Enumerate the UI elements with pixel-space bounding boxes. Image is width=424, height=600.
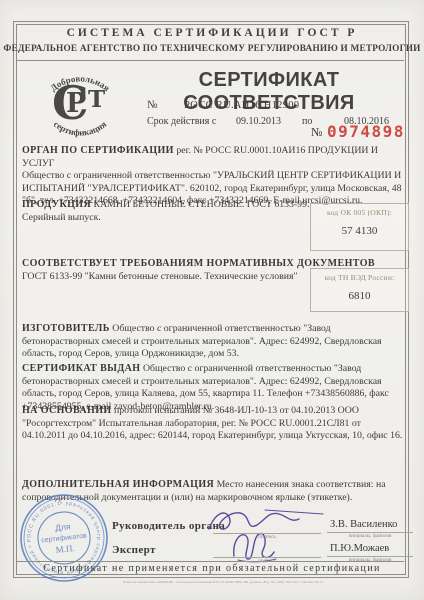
header-divider [17, 60, 404, 61]
okp-code-value: 57 4130 [311, 225, 408, 237]
blank-number-red: 0974898 [327, 122, 405, 141]
stamp-line1: Для [55, 521, 72, 533]
certification-body-label: ОРГАН ПО СЕРТИФИКАЦИИ [22, 145, 174, 156]
certificate-page: СИСТЕМА СЕРТИФИКАЦИИ ГОСТ Р ФЕДЕРАЛЬНОЕ … [0, 0, 424, 600]
expert-name-line [327, 556, 413, 557]
blank-number-sign: № [311, 125, 322, 140]
logo-letter-r: Р [66, 88, 86, 119]
valid-from-date: 09.10.2013 [236, 116, 281, 127]
logo-letter-t: Т [88, 86, 105, 113]
production-label: ПРОДУКЦИЯ [22, 199, 91, 210]
conformity-text: ГОСТ 6133-99 "Камни бетонные стеновые. Т… [22, 271, 314, 284]
tnved-code-value: 6810 [311, 290, 408, 302]
okp-code-box: код ОК 005 (ОКП): 57 4130 [310, 203, 409, 251]
production-serial: Серийный выпуск. [22, 212, 314, 225]
tnved-code-label: код ТН ВЭД России: [311, 273, 408, 282]
stamp-line2: сертификатов [41, 533, 87, 545]
blank-imprint: Бланк изготовлен ЗАО «ОПЦИОН», www.opcio… [123, 580, 301, 584]
production-name: КАМНИ БЕТОННЫЕ СТЕНОВЫЕ. ГОСТ 6133-99. [94, 199, 310, 210]
basis-label: НА ОСНОВАНИИ [22, 405, 112, 416]
expert-role: Эксперт [112, 544, 156, 556]
section-manufacturer: ИЗГОТОВИТЕЛЬ Общество с ограниченной отв… [22, 323, 406, 361]
expert-signature-line [213, 557, 321, 558]
production-heading: ПРОДУКЦИЯ КАМНИ БЕТОННЫЕ СТЕНОВЫЕ. ГОСТ … [22, 199, 314, 212]
cert-number-sign: № [147, 99, 158, 111]
certification-body-heading: ОРГАН ПО СЕРТИФИКАЦИИ рег. № РОСС RU.000… [22, 145, 406, 170]
head-name-line [327, 532, 413, 533]
issued-to-label: СЕРТИФИКАТ ВЫДАН [22, 363, 140, 374]
rst-voluntary-certification-logo: Добровольная сертификация С Р Т [28, 63, 132, 141]
head-name: З.В. Василенко [330, 519, 397, 530]
section-basis: НА ОСНОВАНИИ протокол испытаний № 3648-И… [22, 405, 406, 443]
footer-caption: Сертификат не применяется при обязательн… [0, 563, 424, 574]
additional-info-label: ДОПОЛНИТЕЛЬНАЯ ИНФОРМАЦИЯ [22, 479, 214, 490]
head-sign-caption: подпись [213, 535, 321, 540]
cert-number-value: РОСС RU.АИ16.Н12900 [184, 100, 299, 111]
expert-name: П.Ю.Можаев [330, 543, 389, 554]
validity-label: Срок действия с [147, 116, 216, 127]
agency-heading: ФЕДЕРАЛЬНОЕ АГЕНТСТВО ПО ТЕХНИЧЕСКОМУ РЕ… [0, 44, 424, 54]
stamp-mp: М.П. [55, 543, 75, 555]
section-production: ПРОДУКЦИЯ КАМНИ БЕТОННЫЕ СТЕНОВЫЕ. ГОСТ … [22, 199, 314, 224]
certification-system-heading: СИСТЕМА СЕРТИФИКАЦИИ ГОСТ Р [0, 27, 424, 39]
head-signature-line [213, 533, 321, 534]
manufacturer-label: ИЗГОТОВИТЕЛЬ [22, 323, 110, 334]
head-name-caption: инициалы, фамилия [327, 534, 413, 539]
okp-code-label: код ОК 005 (ОКП): [311, 208, 408, 217]
tnved-code-box: код ТН ВЭД России: 6810 [310, 268, 409, 312]
